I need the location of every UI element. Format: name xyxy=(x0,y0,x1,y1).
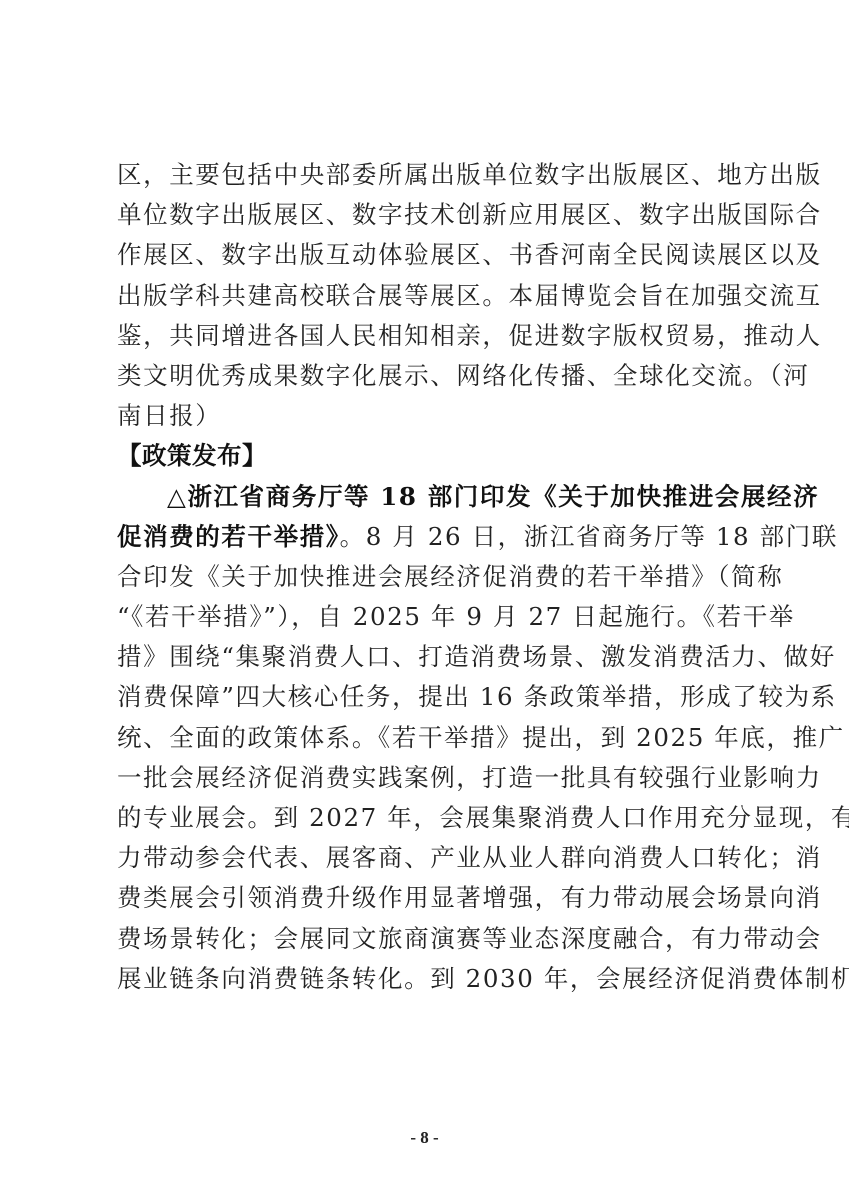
policy-title-line: △浙江省商务厅等 18 部门印发《关于加快推进会展经济 xyxy=(117,477,745,517)
text-line: 作展区、数字出版互动体验展区、书香河南全民阅读展区以及 xyxy=(117,235,745,275)
policy-text: 。8 月 26 日，浙江省商务厅等 18 部门联 xyxy=(340,522,838,551)
text-line: 展业链条向消费链条转化。到 2030 年，会展经济促消费体制机 xyxy=(117,959,745,999)
text-line: 类文明优秀成果数字化展示、网络化传播、全球化交流。（河 xyxy=(117,356,745,396)
paragraph-exhibition-zones: 区，主要包括中央部委所属出版单位数字出版展区、地方出版 单位数字出版展区、数字技… xyxy=(117,155,745,436)
text-line: 区，主要包括中央部委所属出版单位数字出版展区、地方出版 xyxy=(117,155,745,195)
text-line: 消费保障”四大核心任务，提出 16 条政策举措，形成了较为系 xyxy=(117,677,745,717)
section-heading: 【政策发布】 xyxy=(117,436,745,476)
text-line: 鉴，共同增进各国人民相知相亲，促进数字版权贸易，推动人 xyxy=(117,316,745,356)
text-line: 统、全面的政策体系。《若干举措》提出，到 2025 年底，推广 xyxy=(117,718,745,758)
text-line: 费类展会引领消费升级作用显著增强，有力带动展会场景向消 xyxy=(117,878,745,918)
page-number: - 8 - xyxy=(0,1128,849,1148)
text-line: 合印发《关于加快推进会展经济促消费的若干举措》（简称 xyxy=(117,557,745,597)
text-line: 费场景转化；会展同文旅商演赛等业态深度融合，有力带动会 xyxy=(117,919,745,959)
text-line: “《若干举措》”），自 2025 年 9 月 27 日起施行。《若干举 xyxy=(117,597,745,637)
document-body: 区，主要包括中央部委所属出版单位数字出版展区、地方出版 单位数字出版展区、数字技… xyxy=(117,155,745,999)
policy-title-continued: 促消费的若干举措》 xyxy=(117,522,340,551)
text-line: 的专业展会。到 2027 年，会展集聚消费人口作用充分显现，有 xyxy=(117,798,745,838)
text-line: 力带动参会代表、展客商、产业从业人群向消费人口转化；消 xyxy=(117,838,745,878)
text-line: 措》围绕“集聚消费人口、打造消费场景、激发消费活力、做好 xyxy=(117,637,745,677)
text-line: 一批会展经济促消费实践案例，打造一批具有较强行业影响力 xyxy=(117,758,745,798)
text-line: 单位数字出版展区、数字技术创新应用展区、数字出版国际合 xyxy=(117,195,745,235)
text-line: 促消费的若干举措》。8 月 26 日，浙江省商务厅等 18 部门联 xyxy=(117,517,745,557)
text-line: 南日报） xyxy=(117,396,745,436)
text-line: 出版学科共建高校联合展等展区。本届博览会旨在加强交流互 xyxy=(117,276,745,316)
paragraph-policy: △浙江省商务厅等 18 部门印发《关于加快推进会展经济 促消费的若干举措》。8 … xyxy=(117,477,745,999)
